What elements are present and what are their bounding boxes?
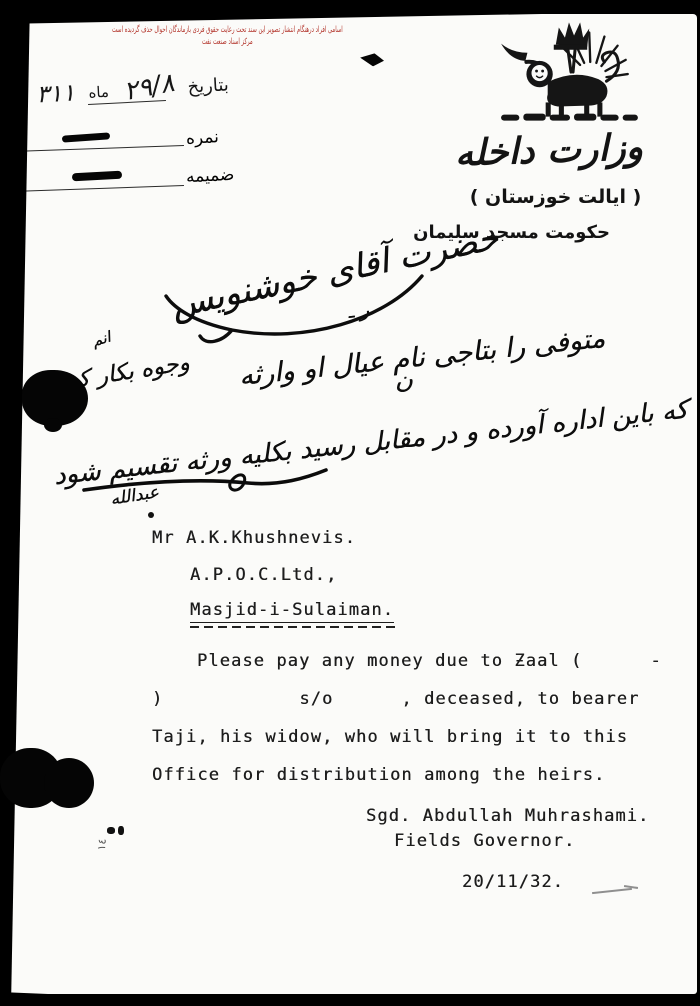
typed-signed-line: Sgd. Abdullah Muhrashami. (366, 806, 649, 826)
enclosure-label: ضمیمه (186, 165, 235, 188)
crown (556, 22, 589, 46)
scan-edge-bottom (0, 992, 700, 1006)
typed-recipient-company: A.P.O.C.Ltd., (190, 565, 337, 585)
redaction-stamp-line1: اسامی افراد درهنگام انتشار تصویر این سند… (112, 24, 343, 36)
month-word: ماه (88, 83, 109, 102)
year-value: ٣١١ (36, 79, 76, 109)
redaction-stamp-line2: مرکز اسناد صنعت نفت (112, 36, 343, 48)
sword (501, 44, 527, 61)
letterhead-province: ( ایالت خوزستان ) (468, 186, 643, 208)
typed-body-line1: Please pay any money due to Ƶaal ( - (197, 651, 662, 671)
typed-recipient-place: Masjid-i-Sulaiman. (190, 600, 394, 620)
pedestal (501, 114, 638, 121)
redaction-stamp: اسامی افراد درهنگام انتشار تصویر این سند… (112, 24, 343, 48)
hw-isolated-letter: ن (395, 366, 413, 394)
scanned-letter: اسامی افراد درهنگام انتشار تصویر این سند… (0, 0, 700, 1006)
hw-small-mark: ر ـ (347, 299, 370, 323)
speck-pencil-a (107, 827, 115, 834)
number-label: نمره (185, 127, 219, 149)
ink-blob-lower-left-b (44, 758, 94, 808)
speck-above-recipient (148, 512, 154, 518)
hw-salutation-flourish (150, 262, 450, 352)
typed-recipient-place-text: Masjid-i-Sulaiman. (190, 600, 394, 623)
typed-body-line4: Office for distribution among the heirs. (152, 765, 605, 785)
typed-title-line: Fields Governor. (394, 831, 575, 851)
typed-place-dashed-underline (190, 626, 398, 628)
speck-pencil-b (118, 826, 124, 835)
lion-body (547, 75, 607, 107)
lion-and-sun-emblem (495, 14, 647, 124)
typed-date-line: 20/11/32. (462, 872, 564, 892)
pencil-mark: ١٤ (95, 838, 109, 851)
date-label: بتاریخ (187, 74, 229, 97)
typed-body-line3: Taji, his widow, who will bring it to th… (152, 727, 628, 747)
typed-body-line2: ) s/o , deceased, to bearer (152, 689, 639, 709)
ink-blob-middle-left-tail (44, 418, 62, 432)
typed-recipient-name: Mr A.K.Khushnevis. (152, 528, 356, 548)
letterhead-ministry: وزارت داخله (467, 127, 643, 174)
